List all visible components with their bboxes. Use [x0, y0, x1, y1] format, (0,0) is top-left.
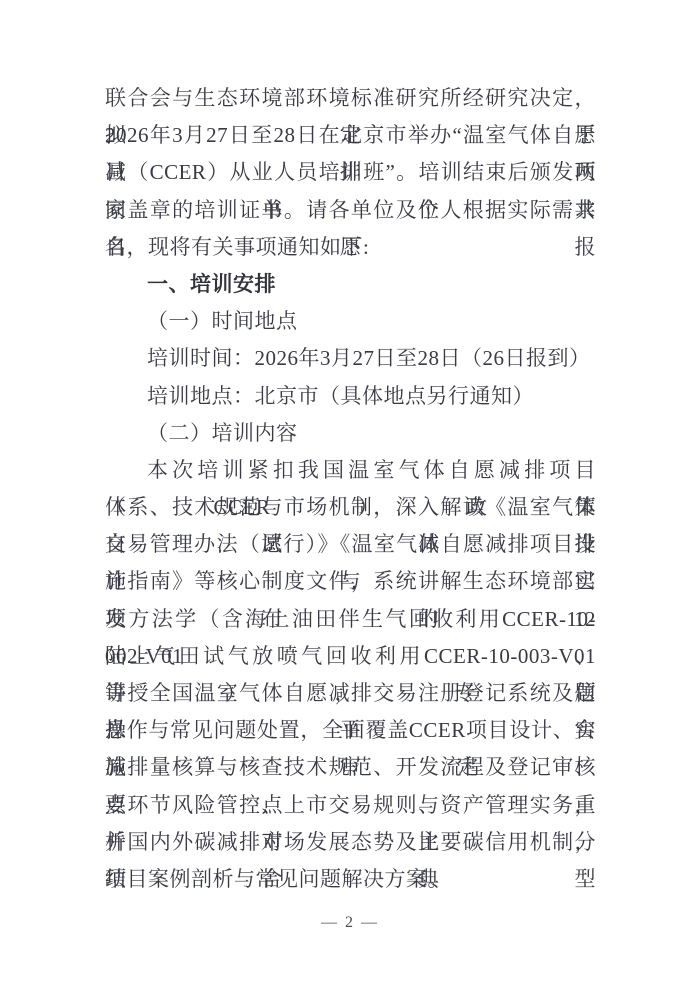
text-line: 交易管理办法（试行）》《温室气体自愿减排项目设计与实: [105, 526, 596, 563]
text-line: 体系、技术规范与市场机制，深入解读《温室气体自愿减排: [105, 489, 596, 526]
text-line: 培训地点：北京市（具体地点另行通知）: [105, 378, 596, 415]
text-line: 联合会与生态环境部环境标准研究所经研究决定，拟定于: [105, 80, 596, 117]
text-line: 讲授全国温室气体自愿减排交易注册登记系统及信息平台: [105, 675, 596, 712]
text-line: 2026年3月27日至28日在北京市举办“温室气体自愿减排项: [105, 117, 596, 154]
text-line: 点环节风险管控、上市交易规则与资产管理实务，并对比分: [105, 787, 596, 824]
text-line: 陆上气田试气放喷气回收利用CCER-10-003-V01等），专题: [105, 638, 596, 675]
text-line: 操作与常见问题处置，全面覆盖CCER项目设计、实施、审定、: [105, 712, 596, 749]
page-footer: — 2 —: [0, 914, 700, 932]
document-body: 联合会与生态环境部环境标准研究所经研究决定，拟定于 2026年3月27日至28日…: [105, 80, 596, 898]
text-line: 目（CCER）从业人员培训班”。培训结束后颁发两家单位共: [105, 154, 596, 191]
section-heading: 一、培训安排: [105, 266, 596, 303]
subsection-heading: （一）时间地点: [105, 303, 596, 340]
subsection-heading: （二）培训内容: [105, 415, 596, 452]
text-line: 培训时间：2026年3月27日至28日（26日报到）: [105, 340, 596, 377]
text-line: 析国内外碳减排市场发展态势及主要碳信用机制，结合典型: [105, 824, 596, 861]
page-number: — 2 —: [321, 914, 379, 931]
text-line: 项方法学（含海上油田伴生气回收利用CCER-10-002-V01、: [105, 601, 596, 638]
text-line: 本次培训紧扣我国温室气体自愿减排项目（CCER）政策: [105, 452, 596, 489]
text-line: 施指南》等核心制度文件，系统讲解生态环境部已发布的12: [105, 563, 596, 600]
text-line: 减排量核算与核查技术规范、开发流程及登记审核要点、重: [105, 749, 596, 786]
text-line: 同盖章的培训证书。请各单位及个人根据实际需求自愿报: [105, 192, 596, 229]
document-page: 联合会与生态环境部环境标准研究所经研究决定，拟定于 2026年3月27日至28日…: [0, 0, 700, 991]
